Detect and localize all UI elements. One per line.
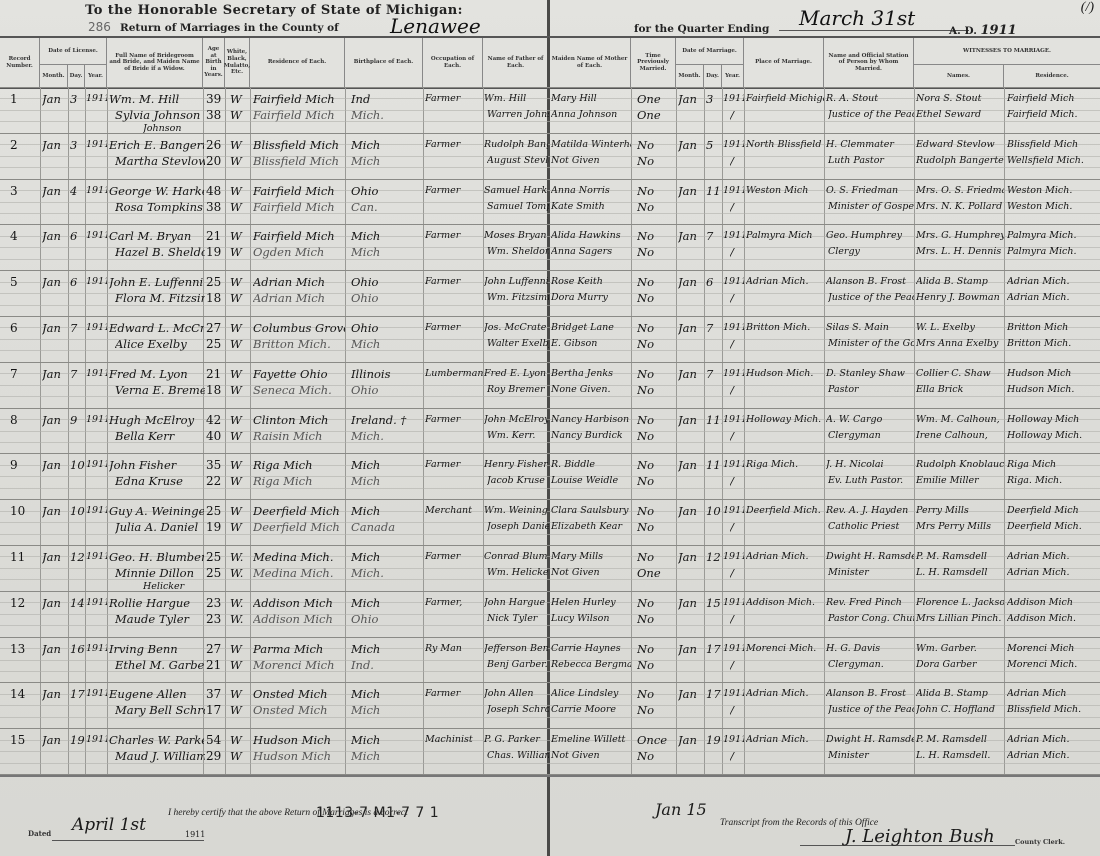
bride-maiden-name: Johnson	[143, 121, 203, 137]
witness-2-residence: Palmyra Mich.	[1007, 244, 1099, 260]
table-row: 5Jan61911John E. LuffenningFlora M. Fitz…	[0, 274, 1100, 320]
page-subtitle: Return of Marriages in the County of	[120, 22, 339, 34]
header-date-of-marriage: Date of Marriage.	[676, 38, 744, 65]
officiant-title: Minister	[828, 748, 914, 764]
bride-birthplace: Mich	[351, 702, 423, 718]
groom-residence: Deerfield Mich	[253, 503, 345, 519]
groom-color: W	[230, 641, 250, 657]
header-residence: Residence of Each.	[250, 38, 345, 87]
year-tick-mark: /	[730, 565, 742, 581]
groom-residence: Fairfield Mich	[253, 183, 345, 199]
marriage-place: Adrian Mich.	[746, 686, 824, 702]
marriage-place: Palmyra Mich	[746, 228, 824, 244]
bride-name: Julia A. Daniel	[115, 519, 205, 535]
witness-1-name: Alida B. Stamp	[916, 274, 1004, 290]
groom-color: W	[230, 137, 250, 153]
license-year: 1911	[86, 549, 107, 565]
groom-father: John Allen	[484, 686, 548, 702]
groom-father: Conrad Blumberg	[484, 549, 548, 565]
bride-birthplace: Can.	[351, 199, 423, 215]
groom-father: P. G. Parker	[484, 732, 548, 748]
groom-age: 21	[206, 366, 226, 382]
groom-color: W	[230, 366, 250, 382]
officiant-name: D. Stanley Shaw	[826, 366, 914, 382]
marriage-day: 12	[706, 549, 722, 565]
groom-name: Edward L. McCrate	[109, 320, 204, 336]
sheet-number: 286	[88, 20, 111, 34]
groom-age: 25	[206, 503, 226, 519]
groom-mother: Bridget Lane	[551, 320, 631, 336]
marriage-year: 1911	[723, 595, 744, 611]
bride-age: 29	[206, 748, 226, 764]
groom-age: 25	[206, 274, 226, 290]
groom-mother: Bertha Jenks	[551, 366, 631, 382]
witness-2-residence: Deerfield Mich.	[1007, 519, 1099, 535]
officiant-title: Minister	[828, 565, 914, 581]
quarter-label: for the Quarter Ending	[634, 23, 769, 35]
bride-times-married: No	[637, 428, 675, 444]
groom-father: John McElroy	[484, 412, 548, 428]
marriage-month: Jan	[678, 183, 704, 199]
bride-birthplace: Mich	[351, 153, 423, 169]
groom-mother: Carrie Haynes	[551, 641, 631, 657]
record-number: 9	[10, 457, 38, 473]
groom-birthplace: Mich	[351, 732, 423, 748]
bride-residence: Fairfield Mich	[253, 107, 345, 123]
bride-mother: Elizabeth Kear	[551, 519, 631, 535]
groom-color: W	[230, 274, 250, 290]
bride-father: Chas. Williams	[487, 748, 549, 764]
license-year: 1911	[86, 137, 107, 153]
groom-color: W	[230, 320, 250, 336]
groom-father: Samuel Harker	[484, 183, 548, 199]
witness-2-name: Ella Brick	[916, 382, 1004, 398]
occupation: Merchant	[425, 503, 483, 519]
marriage-month: Jan	[678, 320, 704, 336]
groom-father: Henry Fisher	[484, 457, 548, 473]
bride-residence: Onsted Mich	[253, 702, 345, 718]
bride-age: 17	[206, 702, 226, 718]
right-header: for the Quarter Ending March 31st A. D. …	[549, 0, 1100, 36]
groom-name: Irving Benn	[109, 641, 204, 657]
witness-1-residence: Adrian Mich.	[1007, 274, 1099, 290]
marriage-place: Riga Mich.	[746, 457, 824, 473]
officiant-name: Dwight H. Ramsdell	[826, 732, 914, 748]
witness-2-residence: Adrian Mich.	[1007, 748, 1099, 764]
header-date-of-license: Date of License.	[40, 38, 107, 65]
marriage-day: 10	[706, 503, 722, 519]
witness-2-name: John C. Hoffland	[916, 702, 1004, 718]
county-value: Lenawee	[360, 14, 570, 37]
groom-age: 42	[206, 412, 226, 428]
year-tick-mark: /	[730, 153, 742, 169]
header-mother: Maiden Name of Mother of Each.	[549, 38, 631, 87]
witness-2-residence: Riga. Mich.	[1007, 473, 1099, 489]
groom-residence: Clinton Mich	[253, 412, 345, 428]
archive-stamp: 1113-7 M1-7 7 1	[316, 805, 439, 821]
bride-mother: Rebecca Bergman	[551, 657, 631, 673]
witness-1-name: Mrs. O. S. Friedman	[916, 183, 1004, 199]
marriage-year: 1911	[723, 366, 744, 382]
occupation: Ry Man	[425, 641, 483, 657]
groom-birthplace: Mich	[351, 641, 423, 657]
groom-residence: Medina Mich.	[253, 549, 345, 565]
officiant-name: Alanson B. Frost	[826, 686, 914, 702]
groom-birthplace: Ohio	[351, 183, 423, 199]
clerk-signature: J. Leighton Bush	[845, 826, 995, 847]
bride-color: W	[230, 290, 250, 306]
witness-1-residence: Riga Mich	[1007, 457, 1099, 473]
header-record-number: Record Number.	[0, 38, 40, 87]
license-day: 7	[70, 320, 85, 336]
bride-name: Martha Stevlow	[115, 153, 205, 169]
groom-mother: Matilda Winterhager	[551, 137, 631, 153]
bride-color: W	[230, 153, 250, 169]
groom-birthplace: Mich	[351, 549, 423, 565]
marriage-day: 7	[706, 228, 722, 244]
bride-birthplace: Canada	[351, 519, 423, 535]
license-day: 6	[70, 228, 85, 244]
witness-2-name: L. H. Ramsdell.	[916, 748, 1004, 764]
officiant-title: Ev. Luth Pastor.	[828, 473, 914, 489]
marriage-month: Jan	[678, 641, 704, 657]
groom-name: George W. Harker	[109, 183, 204, 199]
license-month: Jan	[42, 137, 68, 153]
witness-1-name: Mrs. G. Humphrey	[916, 228, 1004, 244]
header-officiant: Name and Official Station of Person by W…	[824, 38, 914, 87]
officiant-title: Justice of the Peace	[828, 107, 914, 123]
officiant-name: O. S. Friedman	[826, 183, 914, 199]
witness-2-name: Mrs. L. H. Dennis	[916, 244, 1004, 260]
bride-father: Benj Garber.	[487, 657, 549, 673]
officiant-name: H. Clemmater	[826, 137, 914, 153]
officiant-name: Rev. A. J. Hayden	[826, 503, 914, 519]
groom-times-married: One	[637, 91, 675, 107]
license-day: 12	[70, 549, 85, 565]
license-year: 1911	[86, 457, 107, 473]
bride-residence: Seneca Mich.	[253, 382, 345, 398]
bride-residence: Fairfield Mich	[253, 199, 345, 215]
officiant-title: Luth Pastor	[828, 153, 914, 169]
bride-father: Wm. Sheldon	[487, 244, 549, 260]
header-witnesses: WITNESSES TO MARRIAGE.	[914, 38, 1100, 65]
header-marriage-month: Month.	[676, 65, 704, 87]
bride-age: 38	[206, 107, 226, 123]
groom-color: W.	[230, 595, 250, 611]
groom-times-married: No	[637, 183, 675, 199]
header-color: White, Black, Mulatto, Etc.	[225, 38, 250, 87]
table-row: 7Jan71911Fred M. LyonVerna E. Bremer2118…	[0, 366, 1100, 412]
witness-2-name: Ethel Seward	[916, 107, 1004, 123]
groom-father: Fred E. Lyon	[484, 366, 548, 382]
marriage-place: Hudson Mich.	[746, 366, 824, 382]
groom-mother: Alice Lindsley	[551, 686, 631, 702]
dated-line	[52, 840, 204, 841]
header-occupation: Occupation of Each.	[423, 38, 483, 87]
bride-times-married: No	[637, 611, 675, 627]
record-number: 4	[10, 228, 38, 244]
license-month: Jan	[42, 641, 68, 657]
bride-age: 21	[206, 657, 226, 673]
groom-mother: Rose Keith	[551, 274, 631, 290]
license-month: Jan	[42, 549, 68, 565]
groom-name: Hugh McElroy	[109, 412, 204, 428]
witness-2-name: Mrs Lillian Pinch.	[916, 611, 1004, 627]
license-year: 1911	[86, 503, 107, 519]
officiant-name: Alanson B. Frost	[826, 274, 914, 290]
bride-color: W	[230, 382, 250, 398]
witness-2-name: Irene Calhoun,	[916, 428, 1004, 444]
year-tick-mark: /	[730, 611, 742, 627]
record-number: 7	[10, 366, 38, 382]
license-month: Jan	[42, 412, 68, 428]
bride-birthplace: Ohio	[351, 382, 423, 398]
groom-age: 48	[206, 183, 226, 199]
clerk-label: County Clerk.	[1015, 838, 1065, 846]
groom-birthplace: Illinois	[351, 366, 423, 382]
bride-times-married: No	[637, 290, 675, 306]
witness-2-name: Mrs. N. K. Pollard	[916, 199, 1004, 215]
bride-birthplace: Mich	[351, 244, 423, 260]
marriage-year: 1911	[723, 641, 744, 657]
record-number: 6	[10, 320, 38, 336]
license-day: 19	[70, 732, 85, 748]
year-tick-mark: /	[730, 748, 742, 764]
occupation: Farmer	[425, 457, 483, 473]
groom-father: Moses Bryan	[484, 228, 548, 244]
marriage-year: 1911	[723, 503, 744, 519]
bride-mother: Nancy Burdick	[551, 428, 631, 444]
license-year: 1911	[86, 320, 107, 336]
record-number: 10	[10, 503, 38, 519]
marriage-year: 1911	[723, 732, 744, 748]
officiant-name: Dwight H. Ramsdell	[826, 549, 914, 565]
bride-residence: Adrian Mich	[253, 290, 345, 306]
bride-color: W	[230, 428, 250, 444]
table-row: 3Jan41911George W. HarkerRosa Tompkins48…	[0, 183, 1100, 229]
marriage-place: Britton Mich.	[746, 320, 824, 336]
marriage-place: Weston Mich	[746, 183, 824, 199]
dated-label: Dated	[28, 829, 51, 838]
groom-color: W	[230, 412, 250, 428]
groom-times-married: No	[637, 274, 675, 290]
bride-father: Wm. Helicker	[487, 565, 549, 581]
marriage-place: Adrian Mich.	[746, 274, 824, 290]
occupation: Farmer	[425, 320, 483, 336]
bride-birthplace: Mich	[351, 748, 423, 764]
witness-1-name: P. M. Ramsdell	[916, 732, 1004, 748]
bride-residence: Raisin Mich	[253, 428, 345, 444]
groom-residence: Fayette Ohio	[253, 366, 345, 382]
groom-birthplace: Ohio	[351, 320, 423, 336]
groom-birthplace: Mich	[351, 457, 423, 473]
groom-mother: Nancy Harbison	[551, 412, 631, 428]
groom-mother: Mary Mills	[551, 549, 631, 565]
officiant-title: Justice of the Peace	[828, 702, 914, 718]
groom-age: 25	[206, 549, 226, 565]
groom-times-married: No	[637, 320, 675, 336]
witness-1-residence: Hudson Mich	[1007, 366, 1099, 382]
license-year: 1911	[86, 595, 107, 611]
witness-2-residence: Blissfield Mich.	[1007, 702, 1099, 718]
marriage-place: North Blissfield Mich	[746, 137, 824, 153]
bride-age: 19	[206, 244, 226, 260]
witness-1-name: Perry Mills	[916, 503, 1004, 519]
groom-name: Fred M. Lyon	[109, 366, 204, 382]
witness-1-residence: Blissfield Mich	[1007, 137, 1099, 153]
table-row: 9Jan101911John FisherEdna Kruse3522WWRig…	[0, 457, 1100, 503]
marriage-month: Jan	[678, 91, 704, 107]
bride-residence: Ogden Mich	[253, 244, 345, 260]
record-number: 8	[10, 412, 38, 428]
bride-name: Maud J. Williams	[115, 748, 205, 764]
groom-mother: Mary Hill	[551, 91, 631, 107]
groom-father: Wm. Hill	[484, 91, 548, 107]
license-day: 7	[70, 366, 85, 382]
record-number: 13	[10, 641, 38, 657]
groom-father: John Luffenning	[484, 274, 548, 290]
witness-1-name: Edward Stevlow	[916, 137, 1004, 153]
bride-name: Flora M. Fitzsimmons	[115, 290, 205, 306]
table-row: 6Jan71911Edward L. McCrateAlice Exelby27…	[0, 320, 1100, 366]
marriage-day: 3	[706, 91, 722, 107]
occupation: Machinist	[425, 732, 483, 748]
groom-times-married: No	[637, 641, 675, 657]
table-row: 4Jan61911Carl M. BryanHazel B. Sheldon21…	[0, 228, 1100, 274]
groom-name: Erich E. Bangerter	[109, 137, 204, 153]
bride-times-married: No	[637, 519, 675, 535]
bride-times-married: One	[637, 107, 675, 123]
witness-2-name: Emilie Miller	[916, 473, 1004, 489]
marriage-year: 1911	[723, 686, 744, 702]
marriage-day: 5	[706, 137, 722, 153]
bride-color: W.	[230, 611, 250, 627]
groom-times-married: No	[637, 503, 675, 519]
marriage-year: 1911	[723, 412, 744, 428]
bride-color: W	[230, 199, 250, 215]
officiant-title: Minister of Gospel	[828, 199, 914, 215]
record-number: 5	[10, 274, 38, 290]
groom-times-married: No	[637, 412, 675, 428]
groom-age: 27	[206, 320, 226, 336]
bride-birthplace: Mich.	[351, 107, 423, 123]
witness-1-residence: Adrian Mich	[1007, 686, 1099, 702]
marriage-month: Jan	[678, 686, 704, 702]
groom-birthplace: Mich	[351, 503, 423, 519]
witness-2-name: L. H. Ramsdell	[916, 565, 1004, 581]
groom-father: Jefferson Benn	[484, 641, 548, 657]
occupation: Farmer,	[425, 595, 483, 611]
occupation: Farmer	[425, 228, 483, 244]
groom-age: 54	[206, 732, 226, 748]
row-rule	[0, 87, 1100, 88]
marriage-year: 1911	[723, 549, 744, 565]
bride-mother: Not Given	[551, 565, 631, 581]
table-row: 15Jan191911Charles W. ParkerMaud J. Will…	[0, 732, 1100, 778]
groom-residence: Adrian Mich	[253, 274, 345, 290]
witness-1-name: Nora S. Stout	[916, 91, 1004, 107]
bride-mother: Louise Weidle	[551, 473, 631, 489]
groom-father: Wm. Weininger	[484, 503, 548, 519]
groom-father: John Hargue	[484, 595, 548, 611]
marriage-place: Fairfield Michigan	[746, 91, 824, 107]
marriage-year: 1911	[723, 137, 744, 153]
header-age: Age at Birth in Years.	[203, 38, 225, 87]
witness-1-name: Alida B. Stamp	[916, 686, 1004, 702]
bride-age: 23	[206, 611, 226, 627]
witness-2-name: Mrs Anna Exelby	[916, 336, 1004, 352]
year-tick-mark: /	[730, 657, 742, 673]
marriage-month: Jan	[678, 366, 704, 382]
occupation: Lumberman	[425, 366, 483, 382]
occupation: Farmer	[425, 549, 483, 565]
right-column-headers: Maiden Name of Mother of Each.Time Previ…	[549, 36, 1100, 89]
bride-mother: Lucy Wilson	[551, 611, 631, 627]
witness-2-residence: Addison Mich.	[1007, 611, 1099, 627]
groom-father: Jos. McCrate	[484, 320, 548, 336]
license-year: 1911	[86, 91, 107, 107]
witness-1-residence: Weston Mich.	[1007, 183, 1099, 199]
year-tick-mark: /	[730, 336, 742, 352]
bride-birthplace: Mich	[351, 336, 423, 352]
bride-age: 38	[206, 199, 226, 215]
groom-times-married: No	[637, 137, 675, 153]
license-month: Jan	[42, 228, 68, 244]
bride-residence: Blissfield Mich	[253, 153, 345, 169]
marriage-day: 15	[706, 595, 722, 611]
witness-2-residence: Fairfield Mich.	[1007, 107, 1099, 123]
bride-father: Joseph Schrock	[487, 702, 549, 718]
groom-color: W	[230, 503, 250, 519]
year-tick-mark: /	[730, 290, 742, 306]
bride-color: W	[230, 244, 250, 260]
witness-1-residence: Adrian Mich.	[1007, 732, 1099, 748]
groom-times-married: No	[637, 457, 675, 473]
header-license-month: Month.	[40, 65, 68, 87]
marriage-year: 1911	[723, 228, 744, 244]
witness-2-name: Rudolph Bangerter	[916, 153, 1004, 169]
license-day: 4	[70, 183, 85, 199]
table-row: 14Jan171911Eugene AllenMary Bell Schrock…	[0, 686, 1100, 732]
groom-name: Charles W. Parker	[109, 732, 204, 748]
bride-times-married: No	[637, 199, 675, 215]
groom-age: 35	[206, 457, 226, 473]
license-year: 1911	[86, 412, 107, 428]
license-year: 1911	[86, 732, 107, 748]
groom-times-married: No	[637, 595, 675, 611]
groom-name: Guy A. Weininger	[109, 503, 204, 519]
record-number: 1	[10, 91, 38, 107]
bride-residence: Medina Mich.	[253, 565, 345, 581]
license-month: Jan	[42, 503, 68, 519]
bride-color: W	[230, 702, 250, 718]
witness-2-residence: Adrian Mich.	[1007, 290, 1099, 306]
bride-name: Alice Exelby	[115, 336, 205, 352]
groom-residence: Riga Mich	[253, 457, 345, 473]
license-month: Jan	[42, 732, 68, 748]
groom-residence: Fairfield Mich	[253, 228, 345, 244]
marriage-month: Jan	[678, 732, 704, 748]
groom-residence: Parma Mich	[253, 641, 345, 657]
bride-age: 40	[206, 428, 226, 444]
marriage-place: Addison Mich.	[746, 595, 824, 611]
bride-age: 25	[206, 336, 226, 352]
groom-color: W	[230, 91, 250, 107]
groom-birthplace: Ohio	[351, 274, 423, 290]
groom-color: W	[230, 228, 250, 244]
marriage-day: 7	[706, 320, 722, 336]
witness-1-residence: Palmyra Mich.	[1007, 228, 1099, 244]
